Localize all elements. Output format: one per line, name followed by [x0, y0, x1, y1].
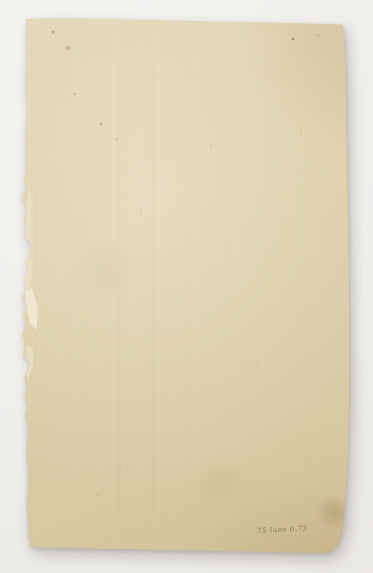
paper-sheet: 75 luos 0.73	[0, 0, 373, 573]
paper-crease	[152, 60, 153, 515]
photo-background: 75 luos 0.73	[0, 0, 373, 573]
paper-shadow-wrap: 75 luos 0.73	[0, 0, 373, 573]
paper-crease	[118, 60, 119, 515]
foxing-spots	[0, 0, 2, 2]
paper-texture	[0, 0, 373, 573]
